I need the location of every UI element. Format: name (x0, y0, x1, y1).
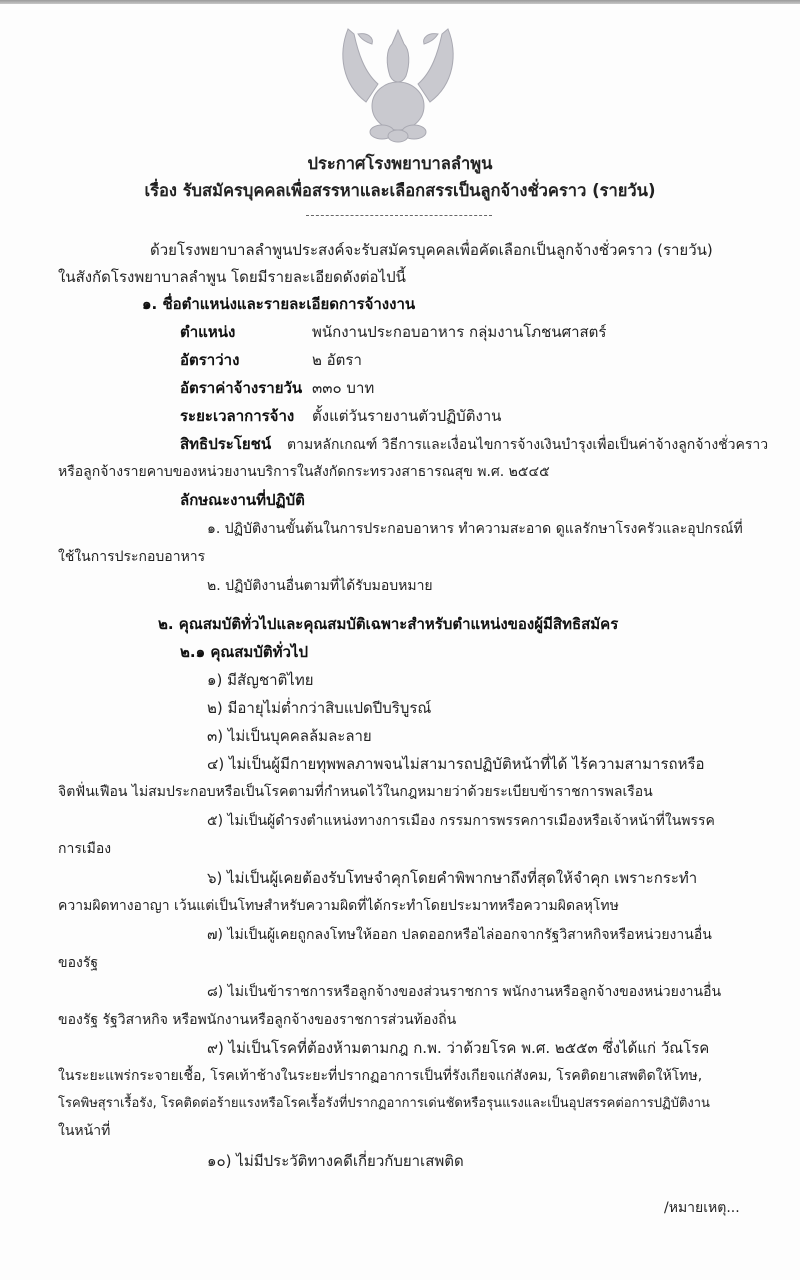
section-2-1-heading: ๒.๑ คุณสมบัติทั่วไป (180, 642, 308, 662)
field-label-employment-period: ระยะเวลาการจ้าง (180, 406, 294, 426)
qualification-10: ๑๐) ไม่มีประวัติทางคดีเกี่ยวกับยาเสพติด (207, 1151, 464, 1171)
qualification-2: ๒) มีอายุไม่ต่ำกว่าสิบแปดปีบริบูรณ์ (207, 698, 431, 718)
field-value-position: พนักงานประกอบอาหาร กลุ่มงานโภชนศาสตร์ (312, 322, 606, 342)
qualification-9-line-4: ในหน้าที่ (58, 1121, 110, 1141)
qualification-5-line-1: ๕) ไม่เป็นผู้ดำรงตำแหน่งทางการเมือง กรรม… (207, 811, 715, 831)
qualification-4-line-1: ๔) ไม่เป็นผู้มีกายทุพพลภาพจนไม่สามารถปฏิ… (207, 754, 705, 774)
qualification-9-line-3: โรคพิษสุราเรื้อรัง, โรคติดต่อร้ายแรงหรือ… (58, 1094, 710, 1114)
qualification-9-line-2: ในระยะแพร่กระจายเชื้อ, โรคเท้าช้างในระยะ… (58, 1066, 702, 1086)
field-label-daily-wage: อัตราค่าจ้างรายวัน (180, 378, 302, 398)
duty-2: ๒. ปฏิบัติงานอื่นตามที่ได้รับมอบหมาย (207, 576, 433, 596)
duty-1-line-1: ๑. ปฏิบัติงานขั้นต้นในการประกอบอาหาร ทำค… (207, 519, 743, 539)
field-value-employment-period: ตั้งแต่วันรายงานตัวปฏิบัติงาน (312, 406, 501, 426)
qualification-6-line-1: ๖) ไม่เป็นผู้เคยต้องรับโทษจำคุกโดยคำพิพา… (207, 868, 697, 888)
qualification-7-line-2: ของรัฐ (58, 953, 98, 973)
benefits-line-1: ตามหลักเกณฑ์ วิธีการและเงื่อนไขการจ้างเง… (287, 435, 768, 455)
field-label-position: ตำแหน่ง (180, 322, 235, 342)
field-value-vacancies: ๒ อัตรา (312, 350, 362, 370)
qualification-8-line-1: ๘) ไม่เป็นข้าราชการหรือลูกจ้างของส่วนราช… (207, 982, 721, 1002)
qualification-7-line-1: ๗) ไม่เป็นผู้เคยถูกลงโทษให้ออก ปลดออกหรื… (207, 925, 712, 945)
intro-line-2: ในสังกัดโรงพยาบาลลำพูน โดยมีรายละเอียดดั… (58, 267, 406, 287)
title-divider (306, 215, 492, 216)
qualification-9-line-1: ๙) ไม่เป็นโรคที่ต้องห้ามตามกฎ ก.พ. ว่าด้… (207, 1038, 709, 1058)
qualification-5-line-2: การเมือง (58, 839, 111, 859)
duty-1-line-2: ใช้ในการประกอบอาหาร (58, 547, 205, 567)
field-label-vacancies: อัตราว่าง (180, 350, 239, 370)
document-page[interactable]: ประกาศโรงพยาบาลลำพูน เรื่อง รับสมัครบุคค… (0, 4, 800, 1280)
qualification-4-line-2: จิตฟั่นเฟือน ไม่สมประกอบหรือเป็นโรคตามที… (58, 782, 653, 802)
qualification-1: ๑) มีสัญชาติไทย (207, 670, 314, 690)
garuda-emblem-icon (328, 14, 468, 149)
announcement-title: ประกาศโรงพยาบาลลำพูน (0, 154, 800, 174)
section-1-heading: ๑. ชื่อตำแหน่งและรายละเอียดการจ้างงาน (142, 294, 415, 314)
qualification-8-line-2: ของรัฐ รัฐวิสาหกิจ หรือพนักงานหรือลูกจ้า… (58, 1010, 456, 1030)
duties-heading: ลักษณะงานที่ปฏิบัติ (180, 490, 305, 510)
qualification-3: ๓) ไม่เป็นบุคคลล้มละลาย (207, 726, 372, 746)
continued-on-next-page: /หมายเหตุ... (664, 1198, 740, 1218)
qualification-6-line-2: ความผิดทางอาญา เว้นแต่เป็นโทษสำหรับความผ… (58, 896, 619, 916)
announcement-subject: เรื่อง รับสมัครบุคคลเพื่อสรรหาและเลือกสร… (0, 181, 800, 201)
intro-line-1: ด้วยโรงพยาบาลลำพูนประสงค์จะรับสมัครบุคคล… (150, 240, 713, 260)
benefits-label: สิทธิประโยชน์ (180, 434, 271, 454)
benefits-line-2: หรือลูกจ้างรายคาบของหน่วยงานบริการในสังก… (58, 462, 550, 482)
section-2-heading: ๒. คุณสมบัติทั่วไปและคุณสมบัติเฉพาะสำหรั… (158, 614, 618, 634)
field-value-daily-wage: ๓๓๐ บาท (312, 378, 374, 398)
